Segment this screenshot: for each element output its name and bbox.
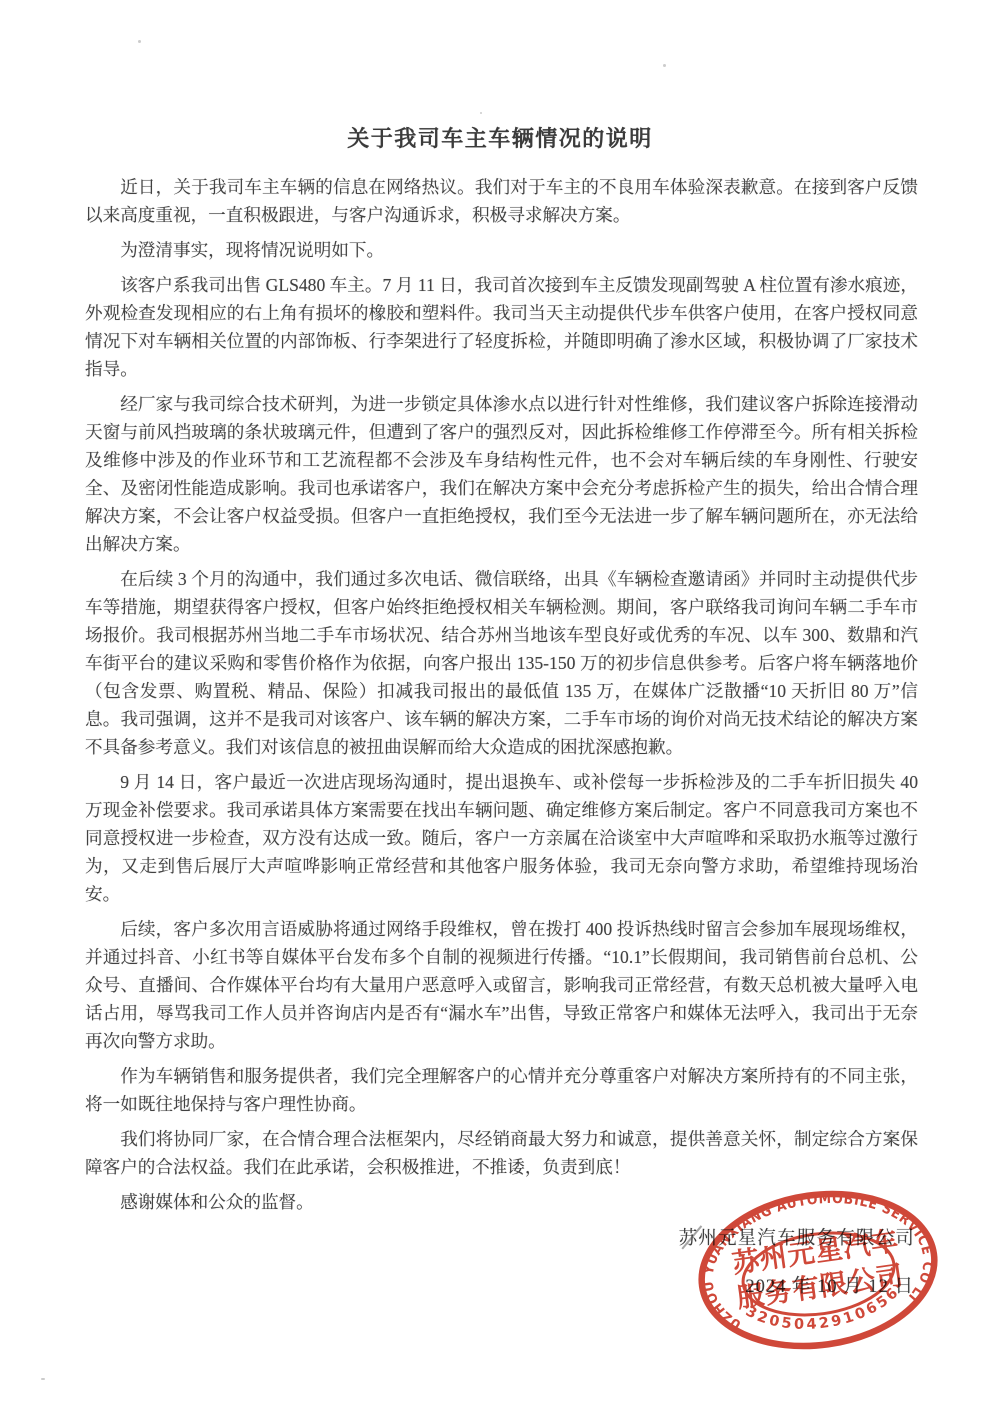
paragraph-intro: 近日，关于我司车主车辆的信息在网络热议。我们对于车主的不良用车体验深表歉意。在接… — [85, 173, 918, 229]
document-page: 关于我司车主车辆情况的说明 近日，关于我司车主车辆的信息在网络热议。我们对于车主… — [0, 0, 1000, 1414]
noise-speck — [480, 112, 482, 114]
paragraph-online-pressure: 后续，客户多次用言语威胁将通过网络手段维权，曾在拨打 400 投诉热线时留言会参… — [85, 915, 918, 1055]
noise-speck — [41, 1378, 45, 1380]
paragraph-clarify: 为澄清事实，现将情况说明如下。 — [85, 236, 918, 264]
document-body: 近日，关于我司车主车辆的信息在网络热议。我们对于车主的不良用车体验深表歉意。在接… — [85, 173, 918, 1216]
paragraph-repair-plan: 经厂家与我司综合技术研判，为进一步锁定具体渗水点以进行针对性维修，我们建议客户拆… — [85, 390, 918, 558]
paragraph-price-quote: 在后续 3 个月的沟通中，我们通过多次电话、微信联络，出具《车辆检查邀请函》并同… — [85, 565, 918, 761]
paragraph-leak-found: 该客户系我司出售 GLS480 车主。7 月 11 日，我司首次接到车主反馈发现… — [85, 271, 918, 383]
paragraph-understanding: 作为车辆销售和服务提供者，我们完全理解客户的心情并充分尊重客户对解决方案所持有的… — [85, 1062, 918, 1118]
company-seal-stamp: SUZHOU YUANXIANG AUTOMOBILE SERVICE CO L… — [656, 1150, 981, 1390]
paragraph-sep14-visit: 9 月 14 日，客户最近一次进店现场沟通时，提出退换车、或补偿每一步拆检涉及的… — [85, 768, 918, 908]
noise-speck — [138, 40, 141, 43]
noise-speck — [663, 64, 666, 67]
document-title: 关于我司车主车辆情况的说明 — [0, 0, 1000, 153]
